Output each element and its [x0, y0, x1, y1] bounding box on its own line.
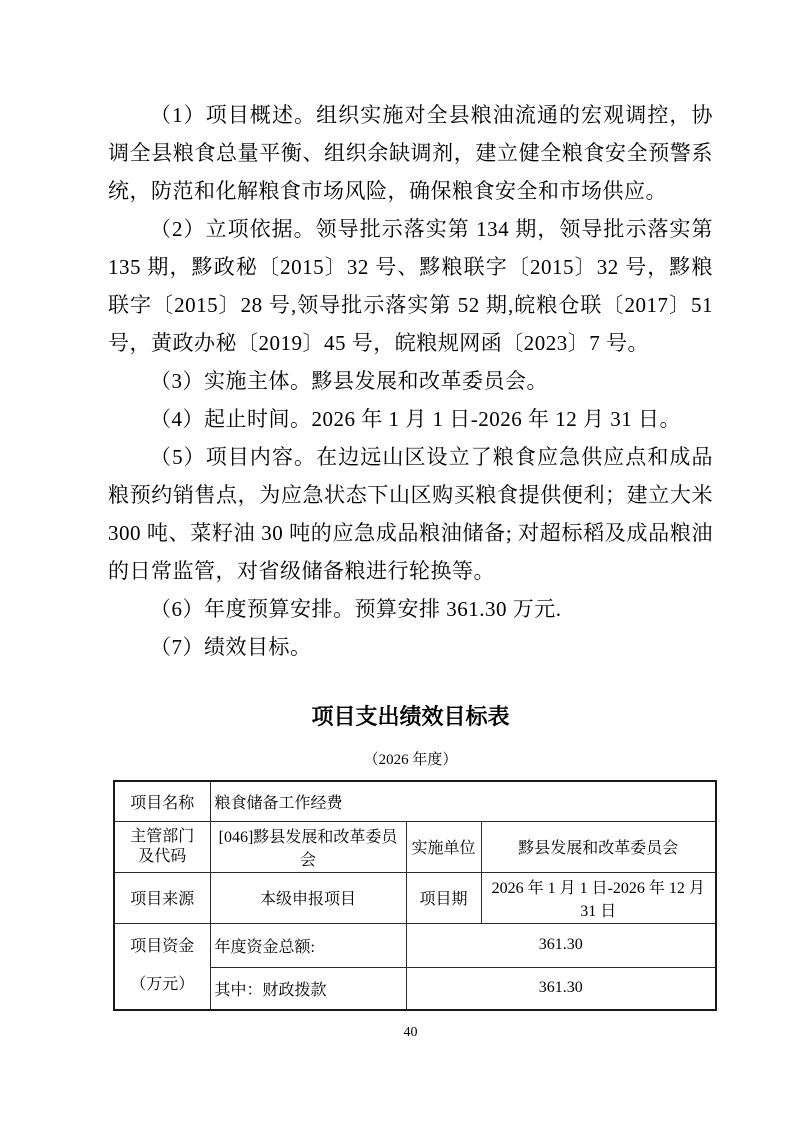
paragraph-project-content: （5）项目内容。在边远山区设立了粮食应急供应点和成品粮预约销售点，为应急状态下山… — [108, 438, 713, 590]
funds-total-label: 年度资金总额: — [210, 923, 406, 967]
paragraph-implementing-body: （3）实施主体。黟县发展和改革委员会。 — [108, 362, 713, 400]
paragraph-annual-budget: （6）年度预算安排。预算安排 361.30 万元. — [108, 590, 713, 628]
table-subtitle: （2026 年度） — [108, 751, 713, 769]
funds-total-value: 361.30 — [406, 923, 716, 967]
page-content: （1）项目概述。组织实施对全县粮油流通的宏观调控，协调全县粮食总量平衡、组织余缺… — [0, 0, 793, 1011]
table-row-funds-total: 项目资金 （万元） 年度资金总额: 361.30 — [114, 923, 716, 967]
project-funds-label: 项目资金 （万元） — [114, 923, 210, 1010]
department-value: [046]黟县发展和改革委员会 — [210, 821, 406, 872]
table-row-project-name: 项目名称 粮食储备工作经费 — [114, 781, 716, 821]
department-label: 主管部门 及代码 — [114, 821, 210, 872]
page-number: 40 — [108, 1025, 713, 1041]
project-source-value: 本级申报项目 — [210, 872, 406, 923]
implementing-unit-value: 黟县发展和改革委员会 — [481, 821, 716, 872]
paragraph-time-period: （4）起止时间。2026 年 1 月 1 日-2026 年 12 月 31 日。 — [108, 400, 713, 438]
table-title: 项目支出绩效目标表 — [108, 705, 713, 729]
funds-fiscal-label: 其中：财政拨款 — [210, 967, 406, 1010]
document-page: （1）项目概述。组织实施对全县粮油流通的宏观调控，协调全县粮食总量平衡、组织余缺… — [0, 0, 793, 1122]
project-period-label: 项目期 — [406, 872, 481, 923]
performance-target-table: 项目名称 粮食储备工作经费 主管部门 及代码 [046]黟县发展和改革委员会 实… — [113, 780, 717, 1011]
table-row-source-period: 项目来源 本级申报项目 项目期 2026 年 1 月 1 日-2026 年 12… — [114, 872, 716, 923]
project-source-label: 项目来源 — [114, 872, 210, 923]
paragraph-project-overview: （1）项目概述。组织实施对全县粮油流通的宏观调控，协调全县粮食总量平衡、组织余缺… — [108, 96, 713, 210]
funds-fiscal-value: 361.30 — [406, 967, 716, 1010]
project-name-value: 粮食储备工作经费 — [210, 781, 716, 821]
paragraph-performance-goal: （7）绩效目标。 — [108, 628, 713, 666]
project-period-value: 2026 年 1 月 1 日-2026 年 12 月 31 日 — [481, 872, 716, 923]
implementing-unit-label: 实施单位 — [406, 821, 481, 872]
paragraph-approval-basis: （2）立项依据。领导批示落实第 134 期，领导批示落实第 135 期，黟政秘〔… — [108, 210, 713, 362]
table-row-department: 主管部门 及代码 [046]黟县发展和改革委员会 实施单位 黟县发展和改革委员会 — [114, 821, 716, 872]
project-name-label: 项目名称 — [114, 781, 210, 821]
